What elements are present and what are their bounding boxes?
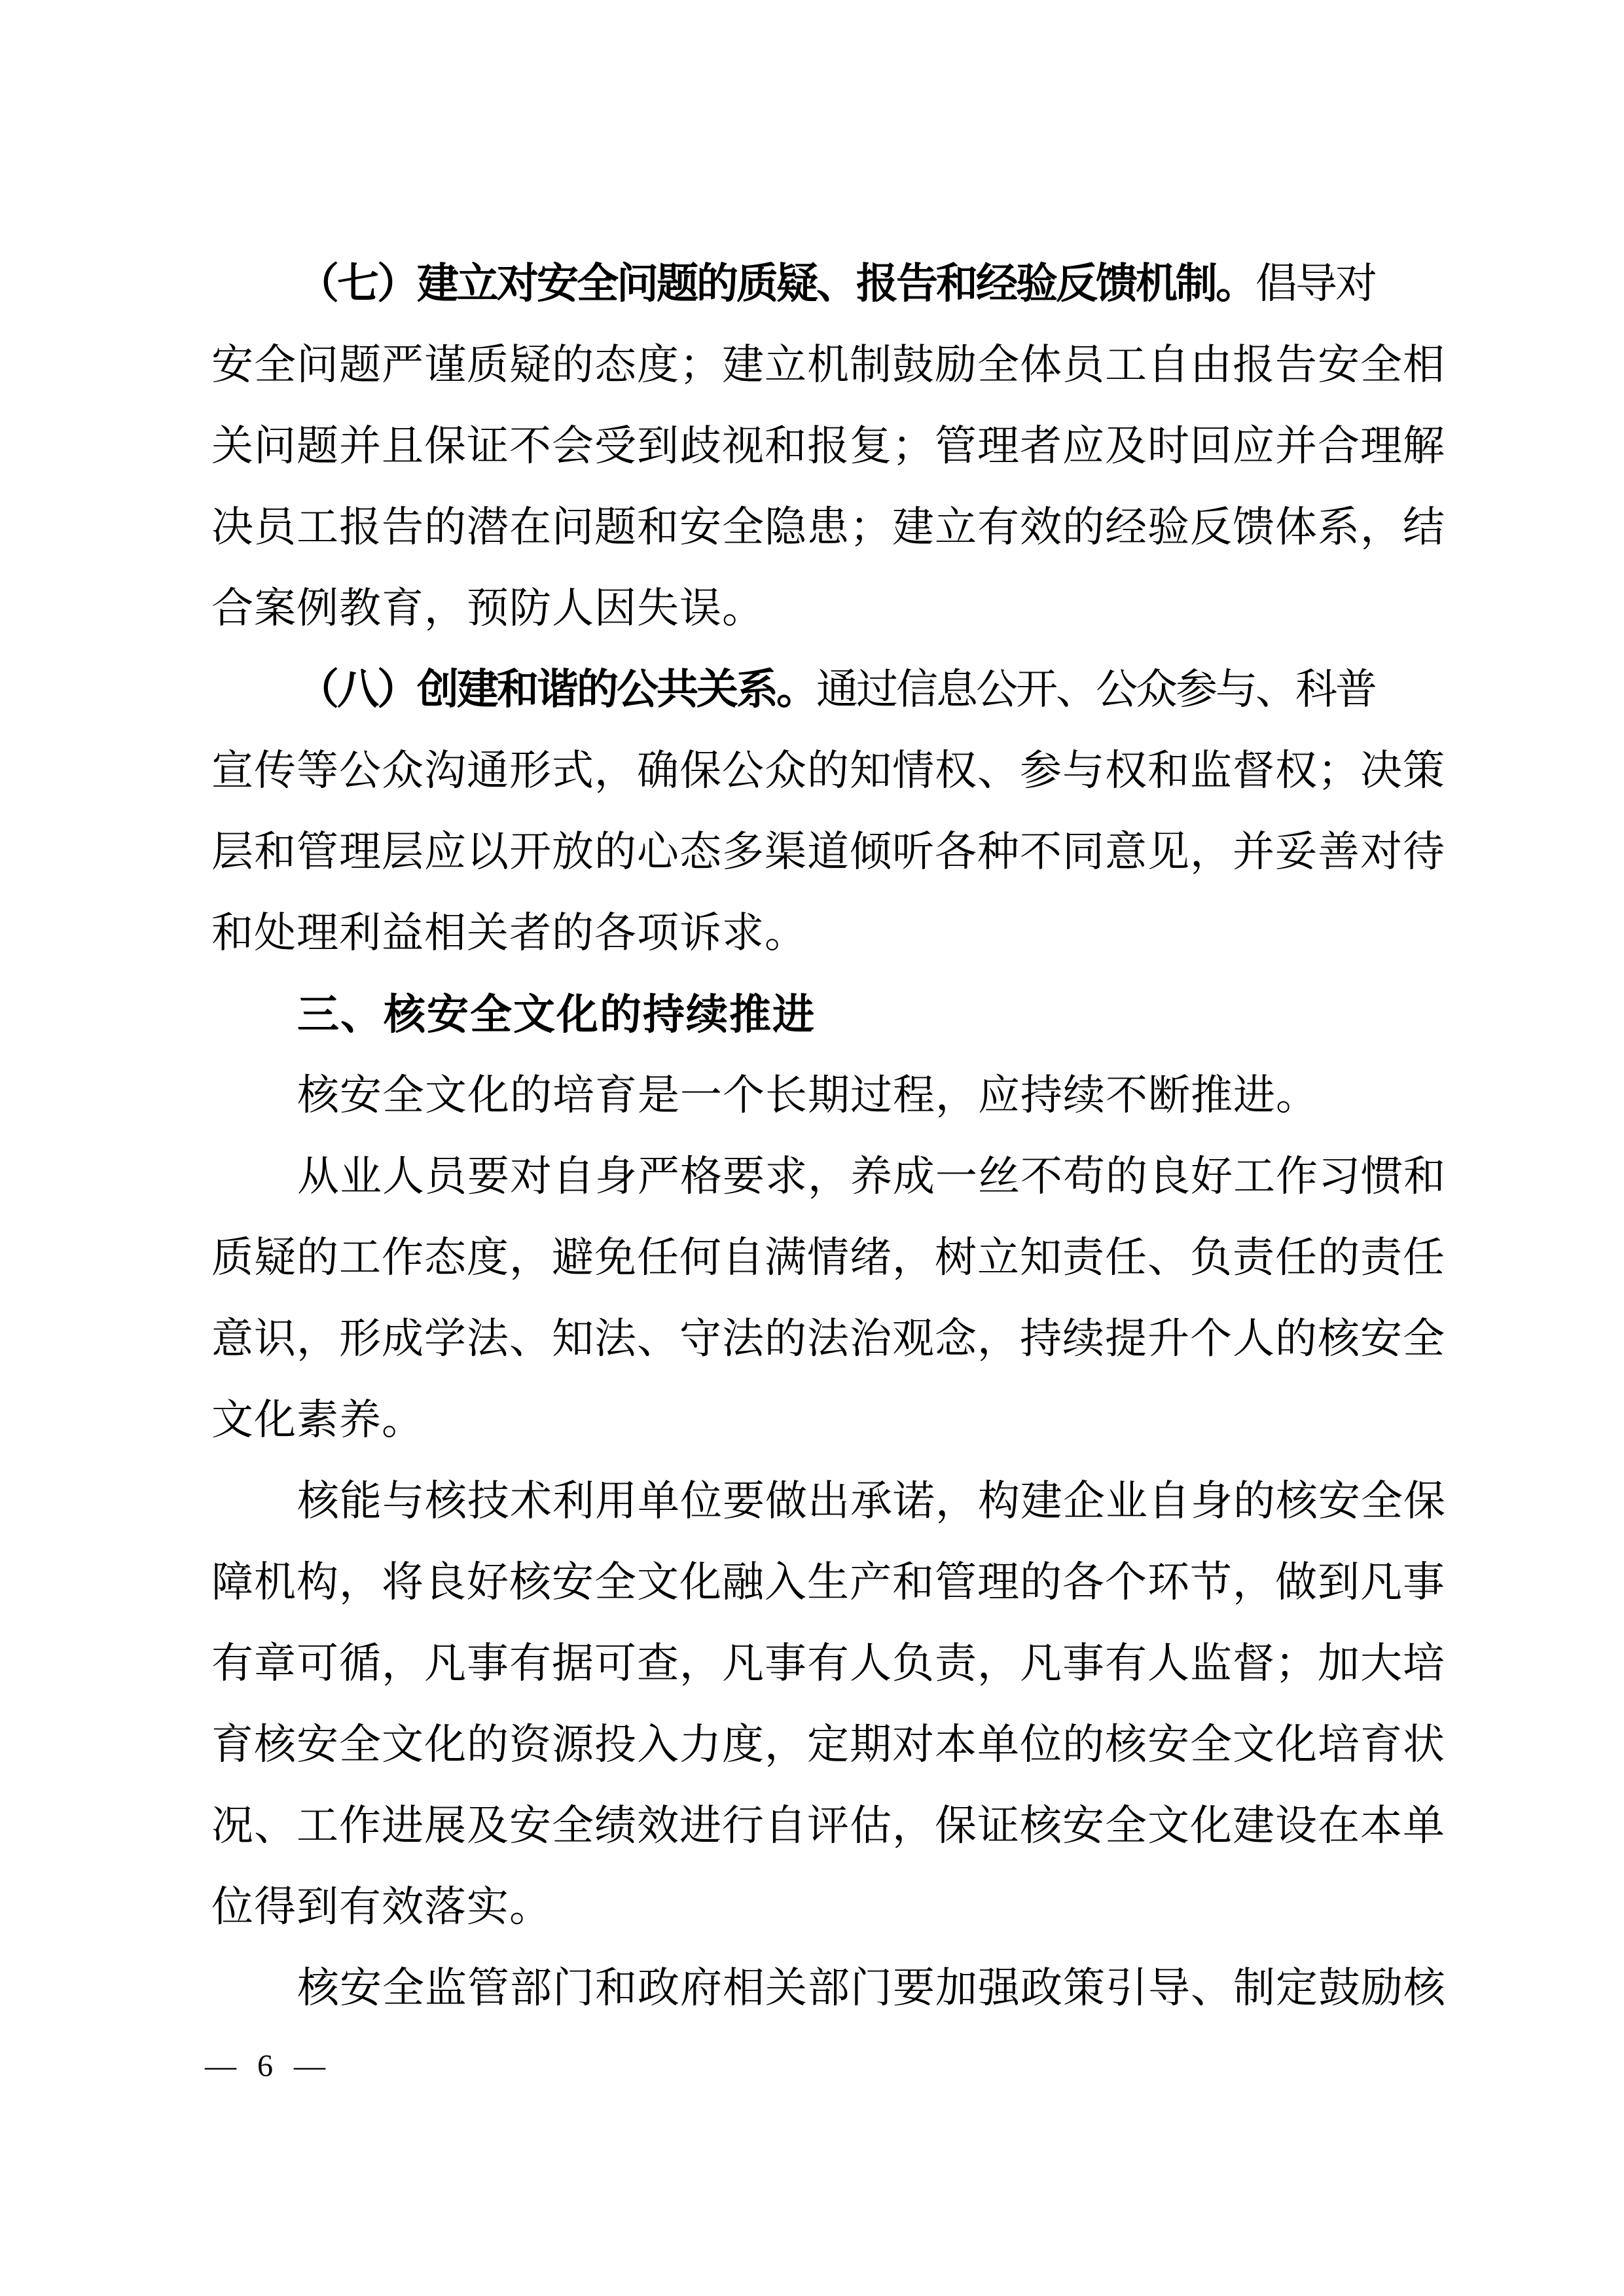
text-line: 关问题并且保证不会受到歧视和报复；管理者应及时回应并合理解	[211, 406, 1419, 487]
line-text: 和处理利益相关者的各项诉求。	[211, 910, 807, 956]
page-number: 6	[257, 2048, 273, 2084]
text-line: （七）建立对安全问题的质疑、报告和经验反馈机制。倡导对	[211, 243, 1419, 325]
line-text: 安全问题严谨质疑的态度；建立机制鼓励全体员工自由报告安全相	[211, 342, 1445, 388]
text-line: 核安全监管部门和政府相关部门要加强政策引导、制定鼓励核	[211, 1948, 1419, 2029]
line-text: 合案例教育，预防人因失误。	[211, 585, 765, 632]
page-footer: — 6 —	[205, 2046, 325, 2085]
line-text: 从业人员要对自身严格要求，养成一丝不苟的良好工作习惯和	[297, 1153, 1446, 1200]
line-text: 层和管理层应以开放的心态多渠道倾听各种不同意见，并妥善对待	[211, 829, 1445, 875]
text-line: 位得到有效落实。	[211, 1867, 1419, 1948]
text-line: 况、工作进展及安全绩效进行自评估，保证核安全文化建设在本单	[211, 1785, 1419, 1867]
line-text: 况、工作进展及安全绩效进行自评估，保证核安全文化建设在本单	[211, 1803, 1445, 1849]
line-text: 有章可循，凡事有据可查，凡事有人负责，凡事有人监督；加大培	[211, 1640, 1445, 1687]
footer-dash-right: —	[294, 2048, 325, 2084]
document-page: （七）建立对安全问题的质疑、报告和经验反馈机制。倡导对安全问题严谨质疑的态度；建…	[0, 0, 1624, 2296]
line-text: 倡导对	[1255, 260, 1375, 307]
text-line: 障机构，将良好核安全文化融入生产和管理的各个环节，做到凡事	[211, 1542, 1419, 1623]
line-text: 意识，形成学法、知法、守法的法治观念，持续提升个人的核安全	[211, 1316, 1445, 1362]
line-text: 质疑的工作态度，避免任何自满情绪，树立知责任、负责任的责任	[211, 1234, 1445, 1281]
text-line: 育核安全文化的资源投入力度，定期对本单位的核安全文化培育状	[211, 1704, 1419, 1785]
paragraph-lead-bold: （七）建立对安全问题的质疑、报告和经验反馈机制。	[297, 260, 1255, 307]
text-line: 文化素养。	[211, 1380, 1419, 1461]
line-text: 核安全监管部门和政府相关部门要加强政策引导、制定鼓励核	[297, 1965, 1446, 2011]
document-body: （七）建立对安全问题的质疑、报告和经验反馈机制。倡导对安全问题严谨质疑的态度；建…	[211, 243, 1419, 2029]
line-text: 通过信息公开、公众参与、科普	[816, 666, 1375, 713]
line-text: 核能与核技术利用单位要做出承诺，构建企业自身的核安全保	[297, 1478, 1446, 1524]
text-line: 意识，形成学法、知法、守法的法治观念，持续提升个人的核安全	[211, 1299, 1419, 1380]
line-text: 三、核安全文化的持续推进	[297, 991, 816, 1038]
line-text: 位得到有效落实。	[211, 1884, 552, 1930]
text-line: 层和管理层应以开放的心态多渠道倾听各种不同意见，并妥善对待	[211, 812, 1419, 893]
line-text: 育核安全文化的资源投入力度，定期对本单位的核安全文化培育状	[211, 1721, 1445, 1768]
line-text: 障机构，将良好核安全文化融入生产和管理的各个环节，做到凡事	[211, 1559, 1445, 1605]
text-line: 决员工报告的潜在问题和安全隐患；建立有效的经验反馈体系，结	[211, 487, 1419, 568]
text-line: （八）创建和谐的公共关系。通过信息公开、公众参与、科普	[211, 649, 1419, 730]
text-line: 安全问题严谨质疑的态度；建立机制鼓励全体员工自由报告安全相	[211, 325, 1419, 406]
line-text: 宣传等公众沟通形式，确保公众的知情权、参与权和监督权；决策	[211, 747, 1445, 794]
text-line: 有章可循，凡事有据可查，凡事有人负责，凡事有人监督；加大培	[211, 1623, 1419, 1704]
text-line: 质疑的工作态度，避免任何自满情绪，树立知责任、负责任的责任	[211, 1217, 1419, 1299]
line-text: 决员工报告的潜在问题和安全隐患；建立有效的经验反馈体系，结	[211, 504, 1445, 550]
text-line: 核安全文化的培育是一个长期过程，应持续不断推进。	[211, 1055, 1419, 1136]
text-line: 宣传等公众沟通形式，确保公众的知情权、参与权和监督权；决策	[211, 730, 1419, 812]
text-line: 和处理利益相关者的各项诉求。	[211, 893, 1419, 974]
line-text: 关问题并且保证不会受到歧视和报复；管理者应及时回应并合理解	[211, 423, 1445, 469]
line-text: 文化素养。	[211, 1397, 424, 1443]
paragraph-lead-bold: （八）创建和谐的公共关系。	[297, 666, 816, 713]
text-line: 核能与核技术利用单位要做出承诺，构建企业自身的核安全保	[211, 1461, 1419, 1542]
section-heading: 三、核安全文化的持续推进	[211, 974, 1419, 1055]
line-text: 核安全文化的培育是一个长期过程，应持续不断推进。	[297, 1072, 1318, 1119]
footer-dash-left: —	[205, 2048, 236, 2084]
text-line: 从业人员要对自身严格要求，养成一丝不苟的良好工作习惯和	[211, 1136, 1419, 1217]
text-line: 合案例教育，预防人因失误。	[211, 568, 1419, 649]
